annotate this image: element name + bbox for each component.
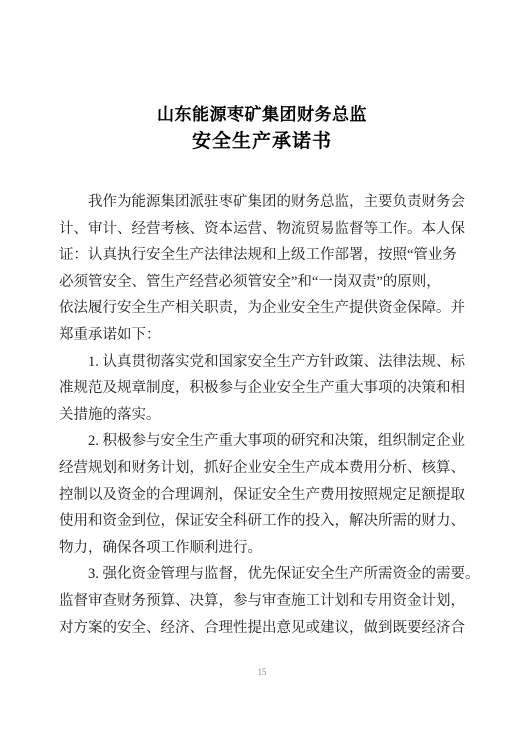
body-text-line: 控制以及资金的合理调剂，保证安全生产费用按照规定足额提取 (59, 482, 466, 509)
body-text-line: 关措施的落实。 (59, 402, 466, 429)
body-text-line: 计、审计、经营考核、资本运营、物流贸易监督等工作。本人保 (59, 216, 466, 243)
body-text-line: 准规范及规章制度，积极参与企业安全生产重大事项的决策和相 (59, 375, 466, 402)
body-text-line: 2. 积极参与安全生产重大事项的研究和决策，组织制定企业 (59, 428, 466, 455)
document-body: 我作为能源集团派驻枣矿集团的财务总监，主要负责财务会计、审计、经营考核、资本运营… (59, 189, 466, 641)
body-text-line: 物力，确保各项工作顺利进行。 (59, 535, 466, 562)
page-number: 15 (0, 666, 524, 678)
body-text-line: 使用和资金到位，保证安全科研工作的投入，解决所需的财力、 (59, 508, 466, 535)
document-title-org: 山东能源枣矿集团财务总监 (0, 102, 524, 128)
body-text-line: 对方案的安全、经济、合理性提出意见或建议，做到既要经济合 (59, 615, 466, 642)
body-text-line: 经营规划和财务计划，抓好企业安全生产成本费用分析、核算、 (59, 455, 466, 482)
body-text-line: 1. 认真贯彻落实党和国家安全生产方针政策、法律法规、标 (59, 349, 466, 376)
body-text-line: 依法履行安全生产相关职责，为企业安全生产提供资金保障。并 (59, 295, 466, 322)
body-text-line: 监督审查财务预算、决算，参与审查施工计划和专用资金计划， (59, 588, 466, 615)
body-text-line: 郑重承诺如下： (59, 322, 466, 349)
document-title-block: 山东能源枣矿集团财务总监 安全生产承诺书 (0, 102, 524, 155)
body-text-line: 证：认真执行安全生产法律法规和上级工作部署，按照“管业务 (59, 242, 466, 269)
document-page: 山东能源枣矿集团财务总监 安全生产承诺书 我作为能源集团派驻枣矿集团的财务总监，… (0, 0, 524, 734)
document-title-main: 安全生产承诺书 (0, 128, 524, 155)
body-text-line: 3. 强化资金管理与监督，优先保证安全生产所需资金的需要。 (59, 561, 466, 588)
body-text-line: 我作为能源集团派驻枣矿集团的财务总监，主要负责财务会 (59, 189, 466, 216)
body-text-line: 必须管安全、管生产经营必须管安全”和“一岗双责”的原则， (59, 269, 466, 296)
